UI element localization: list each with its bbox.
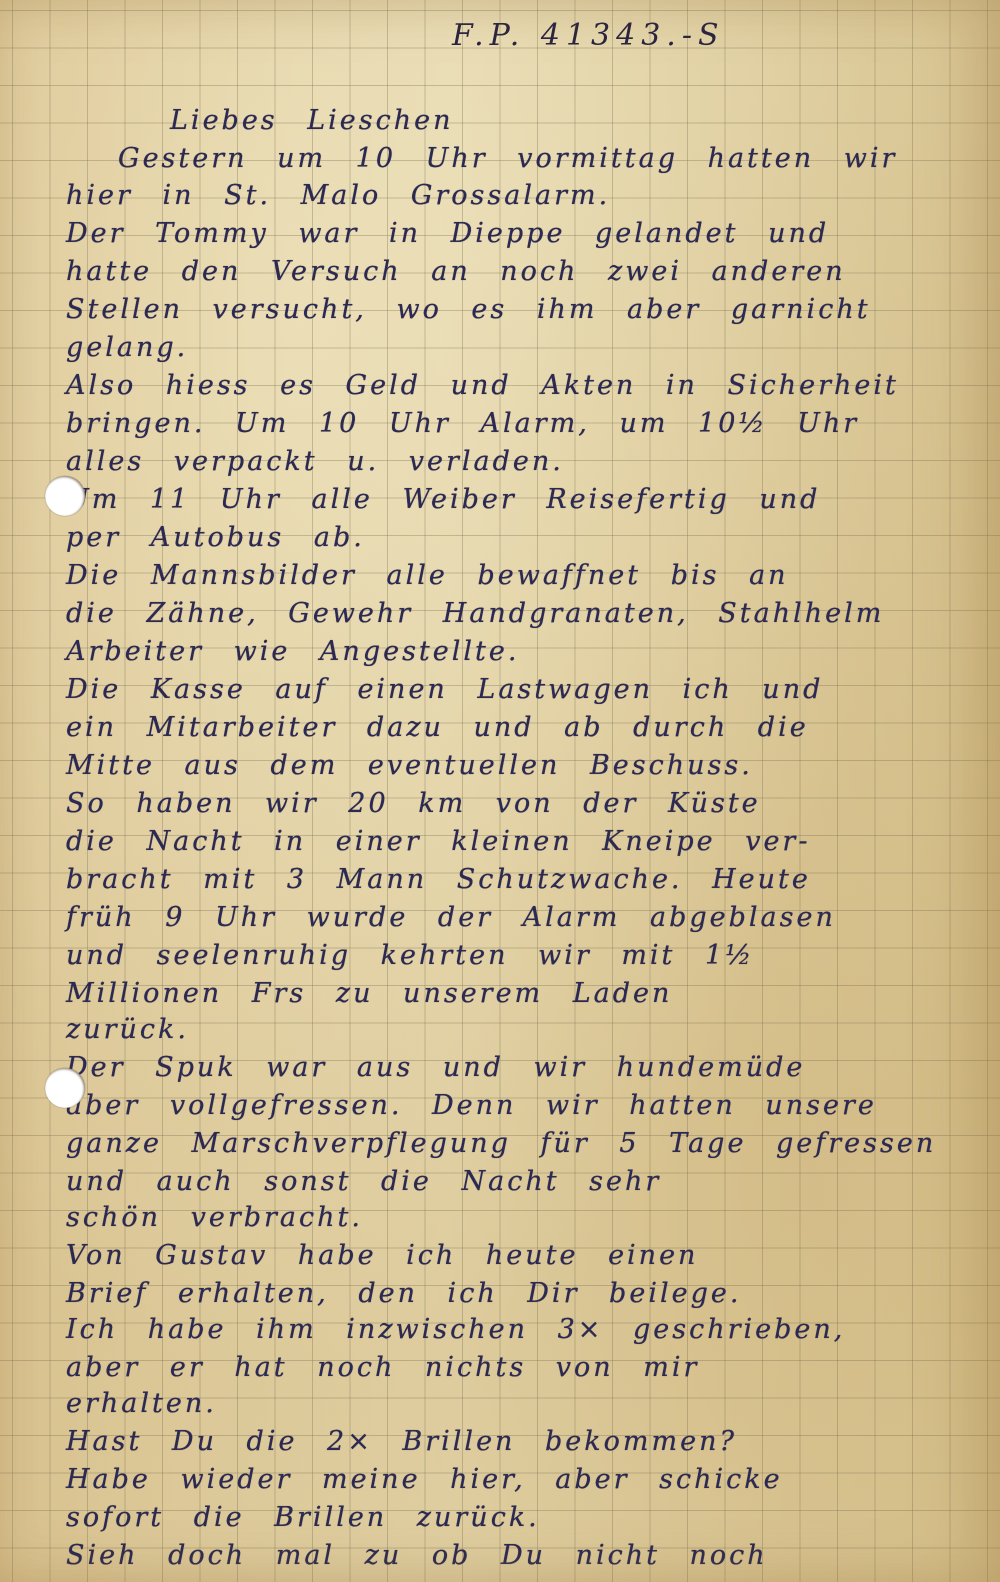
letter-line: Die Kasse auf einen Lastwagen ich und	[66, 674, 823, 705]
letter-line: aber vollgefressen. Denn wir hatten unse…	[66, 1090, 877, 1121]
letter-line: aber er hat noch nichts von mir	[66, 1352, 699, 1383]
letter-line: sofort die Brillen zurück.	[66, 1502, 540, 1533]
punch-hole-top	[45, 476, 85, 516]
letter-line: früh 9 Uhr wurde der Alarm abgeblasen	[66, 902, 836, 933]
letter-line: Also hiess es Geld und Akten in Sicherhe…	[66, 370, 899, 401]
letter-line: und auch sonst die Nacht sehr	[66, 1166, 661, 1197]
salutation: Liebes Lieschen	[170, 105, 454, 136]
letter-line: Mitte aus dem eventuellen Beschuss.	[66, 750, 753, 781]
letter-line: ein Mitarbeiter dazu und ab durch die	[66, 712, 809, 743]
punch-hole-bottom	[45, 1068, 85, 1108]
letter-line: Ich habe ihm inzwischen 3× geschrieben,	[66, 1314, 845, 1345]
letter-line: bringen. Um 10 Uhr Alarm, um 10½ Uhr	[66, 408, 859, 439]
field-post-number: F.P. 41343.-S	[452, 18, 725, 53]
letter-line: Sieh doch mal zu ob Du nicht noch	[66, 1540, 768, 1571]
letter-line: alles verpackt u. verladen.	[66, 446, 564, 477]
letter-page: F.P. 41343.-S Liebes Lieschen Gestern um…	[0, 0, 1000, 1582]
letter-line: Gestern um 10 Uhr vormittag hatten wir	[118, 143, 897, 174]
letter-line: schön verbracht.	[66, 1202, 363, 1233]
letter-line: Brief erhalten, den ich Dir beilege.	[66, 1278, 741, 1309]
letter-line: gelang.	[66, 332, 188, 363]
letter-line: So haben wir 20 km von der Küste	[66, 788, 761, 819]
letter-line: und seelenruhig kehrten wir mit 1½	[66, 940, 754, 971]
letter-line: die Nacht in einer kleinen Kneipe ver-	[66, 826, 810, 857]
letter-line: Um 11 Uhr alle Weiber Reisefertig und	[66, 484, 820, 515]
letter-line: Arbeiter wie Angestellte.	[66, 636, 519, 667]
letter-line: hatte den Versuch an noch zwei anderen	[66, 256, 846, 287]
letter-line: per Autobus ab.	[66, 522, 365, 553]
letter-line: Millionen Frs zu unserem Laden	[66, 978, 672, 1009]
letter-line: Der Spuk war aus und wir hundemüde	[66, 1052, 805, 1083]
letter-line: hier in St. Malo Grossalarm.	[66, 180, 610, 211]
letter-line: Der Tommy war in Dieppe gelandet und	[66, 218, 829, 249]
letter-line: erhalten.	[66, 1388, 217, 1419]
letter-line: Habe wieder meine hier, aber schicke	[66, 1464, 783, 1495]
letter-line: Hast Du die 2× Brillen bekommen?	[66, 1426, 737, 1457]
letter-line: die Zähne, Gewehr Handgranaten, Stahlhel…	[66, 598, 884, 629]
letter-line: Von Gustav habe ich heute einen	[66, 1240, 698, 1271]
letter-line: Die Mannsbilder alle bewaffnet bis an	[66, 560, 789, 591]
letter-line: ganze Marschverpflegung für 5 Tage gefre…	[66, 1128, 936, 1159]
letter-line: bracht mit 3 Mann Schutzwache. Heute	[66, 864, 811, 895]
letter-line: zurück.	[66, 1014, 189, 1045]
letter-line: Stellen versucht, wo es ihm aber garnich…	[66, 294, 871, 325]
